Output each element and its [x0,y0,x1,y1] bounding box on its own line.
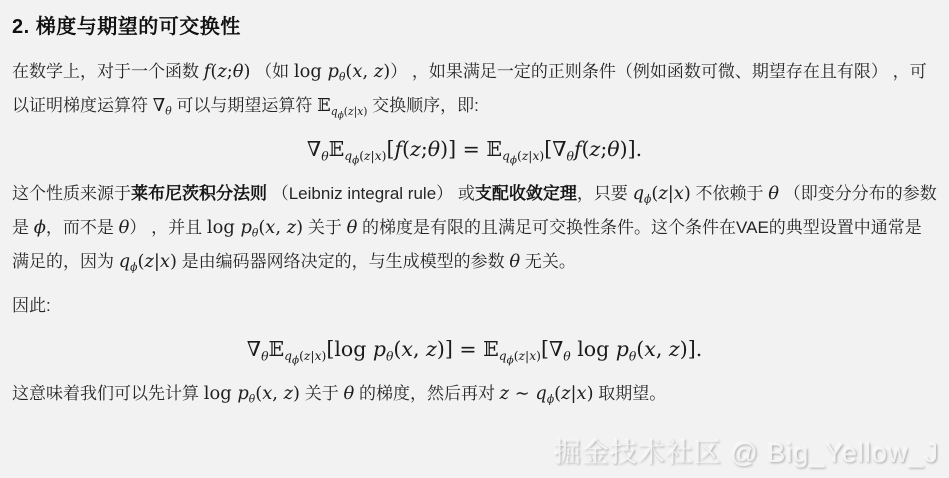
text-run: 取期望。 [594,384,667,403]
text-run: 是由编码器网络决定的，与生成模型的参数 [177,252,509,271]
section-heading: 2. 梯度与期望的可交换性 [12,10,937,39]
inline-math: θ [768,183,779,204]
inline-math: f(z;θ) [204,61,251,82]
text-run: 不依赖于 [691,184,768,203]
inline-math: z ∼ qϕ(z|x) [500,383,594,404]
text-run: （如 [250,62,293,81]
inline-math: 𝔼qϕ(z|x) [317,95,367,116]
text-run: ） ，并且 [129,218,206,237]
document-page: 2. 梯度与期望的可交换性 在数学上，对于一个函数 f(z;θ) （如 log … [0,0,949,411]
bold-text: 莱布尼茨积分法则 [131,184,267,203]
text-run: 的梯度，然后再对 [354,384,499,403]
inline-math: qϕ(z|x) [633,183,691,204]
inline-math: θ [343,383,354,404]
inline-math: θ [119,217,130,238]
inline-math: log pθ(x, z) [294,61,390,82]
inline-math: ϕ [34,217,46,238]
text-run: 可以与期望运算符 [172,96,317,115]
text-run: ，只要 [577,184,633,203]
paragraph: 在数学上，对于一个函数 f(z;θ) （如 log pθ(x, z)） ，如果满… [12,55,937,123]
text-run: ，而不是 [46,218,119,237]
inline-math: log pθ(x, z) [204,383,300,404]
paragraph: 这个性质来源于莱布尼茨积分法则 （Leibniz integral rule） … [12,177,937,279]
watermark: 掘金技术社区 @ Big_Yellow_J [554,431,939,470]
article-body: 在数学上，对于一个函数 f(z;θ) （如 log pθ(x, z)） ，如果满… [12,55,937,411]
inline-math: θ [347,217,358,238]
display-formula: ∇θ𝔼qϕ(z|x)[log pθ(x, z)] = 𝔼qϕ(z|x)[∇θ l… [12,337,937,361]
text-run: 因此: [12,296,51,315]
paragraph: 因此: [12,290,937,322]
inline-math: qϕ(z|x) [119,251,177,272]
bold-text: 支配收敛定理 [475,184,577,203]
inline-math: θ [509,251,520,272]
text-run: 在数学上，对于一个函数 [12,62,204,81]
text-run: 关于 [303,218,346,237]
text-run: 交换顺序，即: [367,96,478,115]
text-run: （Leibniz integral rule） 或 [267,184,475,203]
inline-math: ∇θ [153,95,172,116]
text-run: 关于 [300,384,343,403]
inline-math: log pθ(x, z) [207,217,303,238]
text-run: 这意味着我们可以先计算 [12,384,204,403]
display-formula: ∇θ𝔼qϕ(z|x)[f(z;θ)] = 𝔼qϕ(z|x)[∇θf(z;θ)]. [12,137,937,161]
text-run: 这个性质来源于 [12,184,131,203]
paragraph: 这意味着我们可以先计算 log pθ(x, z) 关于 θ 的梯度，然后再对 z… [12,377,937,411]
text-run: 无关。 [520,252,576,271]
